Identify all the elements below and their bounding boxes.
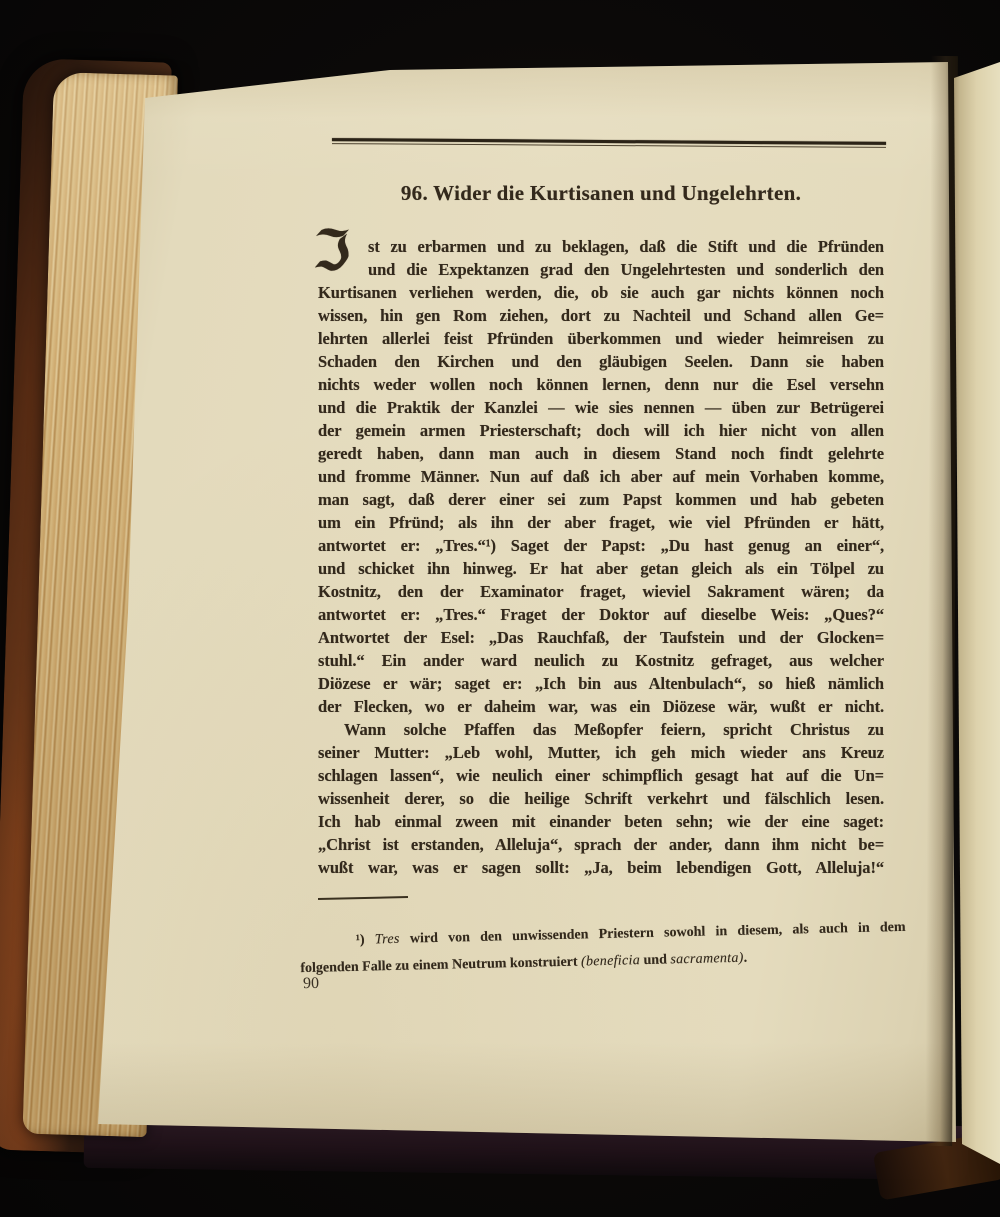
- printed-page-content: 96. Wider die Kurtisanen und Ungelehrten…: [90, 52, 960, 1152]
- latin-italic-text: Tres: [375, 932, 400, 948]
- footnote: ¹) Tres wird von den unwissenden Prieste…: [299, 914, 906, 982]
- body-line: Ich hab einmal zween mit einander beten …: [318, 810, 884, 833]
- body-line: stuhl.“ Ein ander ward neulich zu Kostni…: [318, 649, 884, 672]
- body-line: schlagen lassen“, wie neulich einer schi…: [318, 764, 884, 787]
- body-line: geredt haben, dann man auch in diesem St…: [318, 442, 884, 465]
- footnote-text: ¹): [356, 932, 375, 947]
- footnote-text: und: [640, 952, 671, 968]
- footnote-separator-rule: [318, 896, 408, 900]
- body-line: Schaden den Kirchen und den gläubigen Se…: [318, 350, 884, 373]
- body-line: und die Expektanzen grad den Ungelehrtes…: [318, 258, 884, 281]
- latin-italic-text: (beneficia: [581, 953, 640, 969]
- drop-cap-initial: ℑ: [312, 226, 368, 278]
- body-line: man sagt, daß derer einer sei zum Papst …: [318, 488, 884, 511]
- body-line: antwortet er: „Tres.“ Fraget der Doktor …: [318, 603, 884, 626]
- body-line: um ein Pfründ; als ihn der aber fraget, …: [318, 511, 884, 534]
- body-line: „Christ ist erstanden, Alleluja“, sprach…: [318, 833, 884, 856]
- header-rule: [332, 138, 886, 148]
- body-line: wissen, hin gen Rom ziehen, dort zu Nach…: [318, 304, 884, 327]
- body-line: st zu erbarmen und zu beklagen, daß die …: [318, 235, 884, 258]
- body-line: antwortet er: „Tres.“¹) Saget der Papst:…: [318, 534, 884, 557]
- body-line: wissenheit derer, so die heilige Schrift…: [318, 787, 884, 810]
- book-photo: 96. Wider die Kurtisanen und Ungelehrten…: [0, 0, 1000, 1217]
- body-line: und die Praktik der Kanzlei — wie sies n…: [318, 396, 884, 419]
- body-line: und fromme Männer. Nun auf daß ich aber …: [318, 465, 884, 488]
- body-text: ℑ st zu erbarmen und zu beklagen, daß di…: [318, 235, 884, 879]
- latin-italic-text: sacramenta): [670, 951, 744, 968]
- footnote-text: folgenden Falle zu einem Neutrum konstru…: [300, 955, 581, 977]
- body-line: der gemein armen Priesterschaft; doch wi…: [318, 419, 884, 442]
- body-line: und schicket ihn hinweg. Er hat aber get…: [318, 557, 884, 580]
- body-line: nichts weder wollen noch können lernen, …: [318, 373, 884, 396]
- body-line: Kurtisanen verliehen werden, die, ob sie…: [318, 281, 884, 304]
- body-line: Diözese er wär; saget er: „Ich bin aus A…: [318, 672, 884, 695]
- body-line: Wann solche Pfaffen das Meßopfer feiern,…: [318, 718, 884, 741]
- body-line: lehrten allerlei feist Pfründen überkomm…: [318, 327, 884, 350]
- body-line: der Flecken, wo er daheim war, was ein D…: [318, 695, 884, 718]
- chapter-heading: 96. Wider die Kurtisanen und Ungelehrten…: [318, 181, 884, 206]
- page-number: 90: [303, 975, 319, 993]
- body-line: seiner Mutter: „Leb wohl, Mutter, ich ge…: [318, 741, 884, 764]
- footnote-text: .: [743, 951, 747, 966]
- gutter-shadow: [925, 56, 958, 1146]
- body-line: Kostnitz, den der Examinator fraget, wie…: [318, 580, 884, 603]
- body-line: wußt war, was er sagen sollt: „Ja, beim …: [318, 856, 884, 879]
- body-line: Antwortet der Esel: „Das Rauchfaß, der T…: [318, 626, 884, 649]
